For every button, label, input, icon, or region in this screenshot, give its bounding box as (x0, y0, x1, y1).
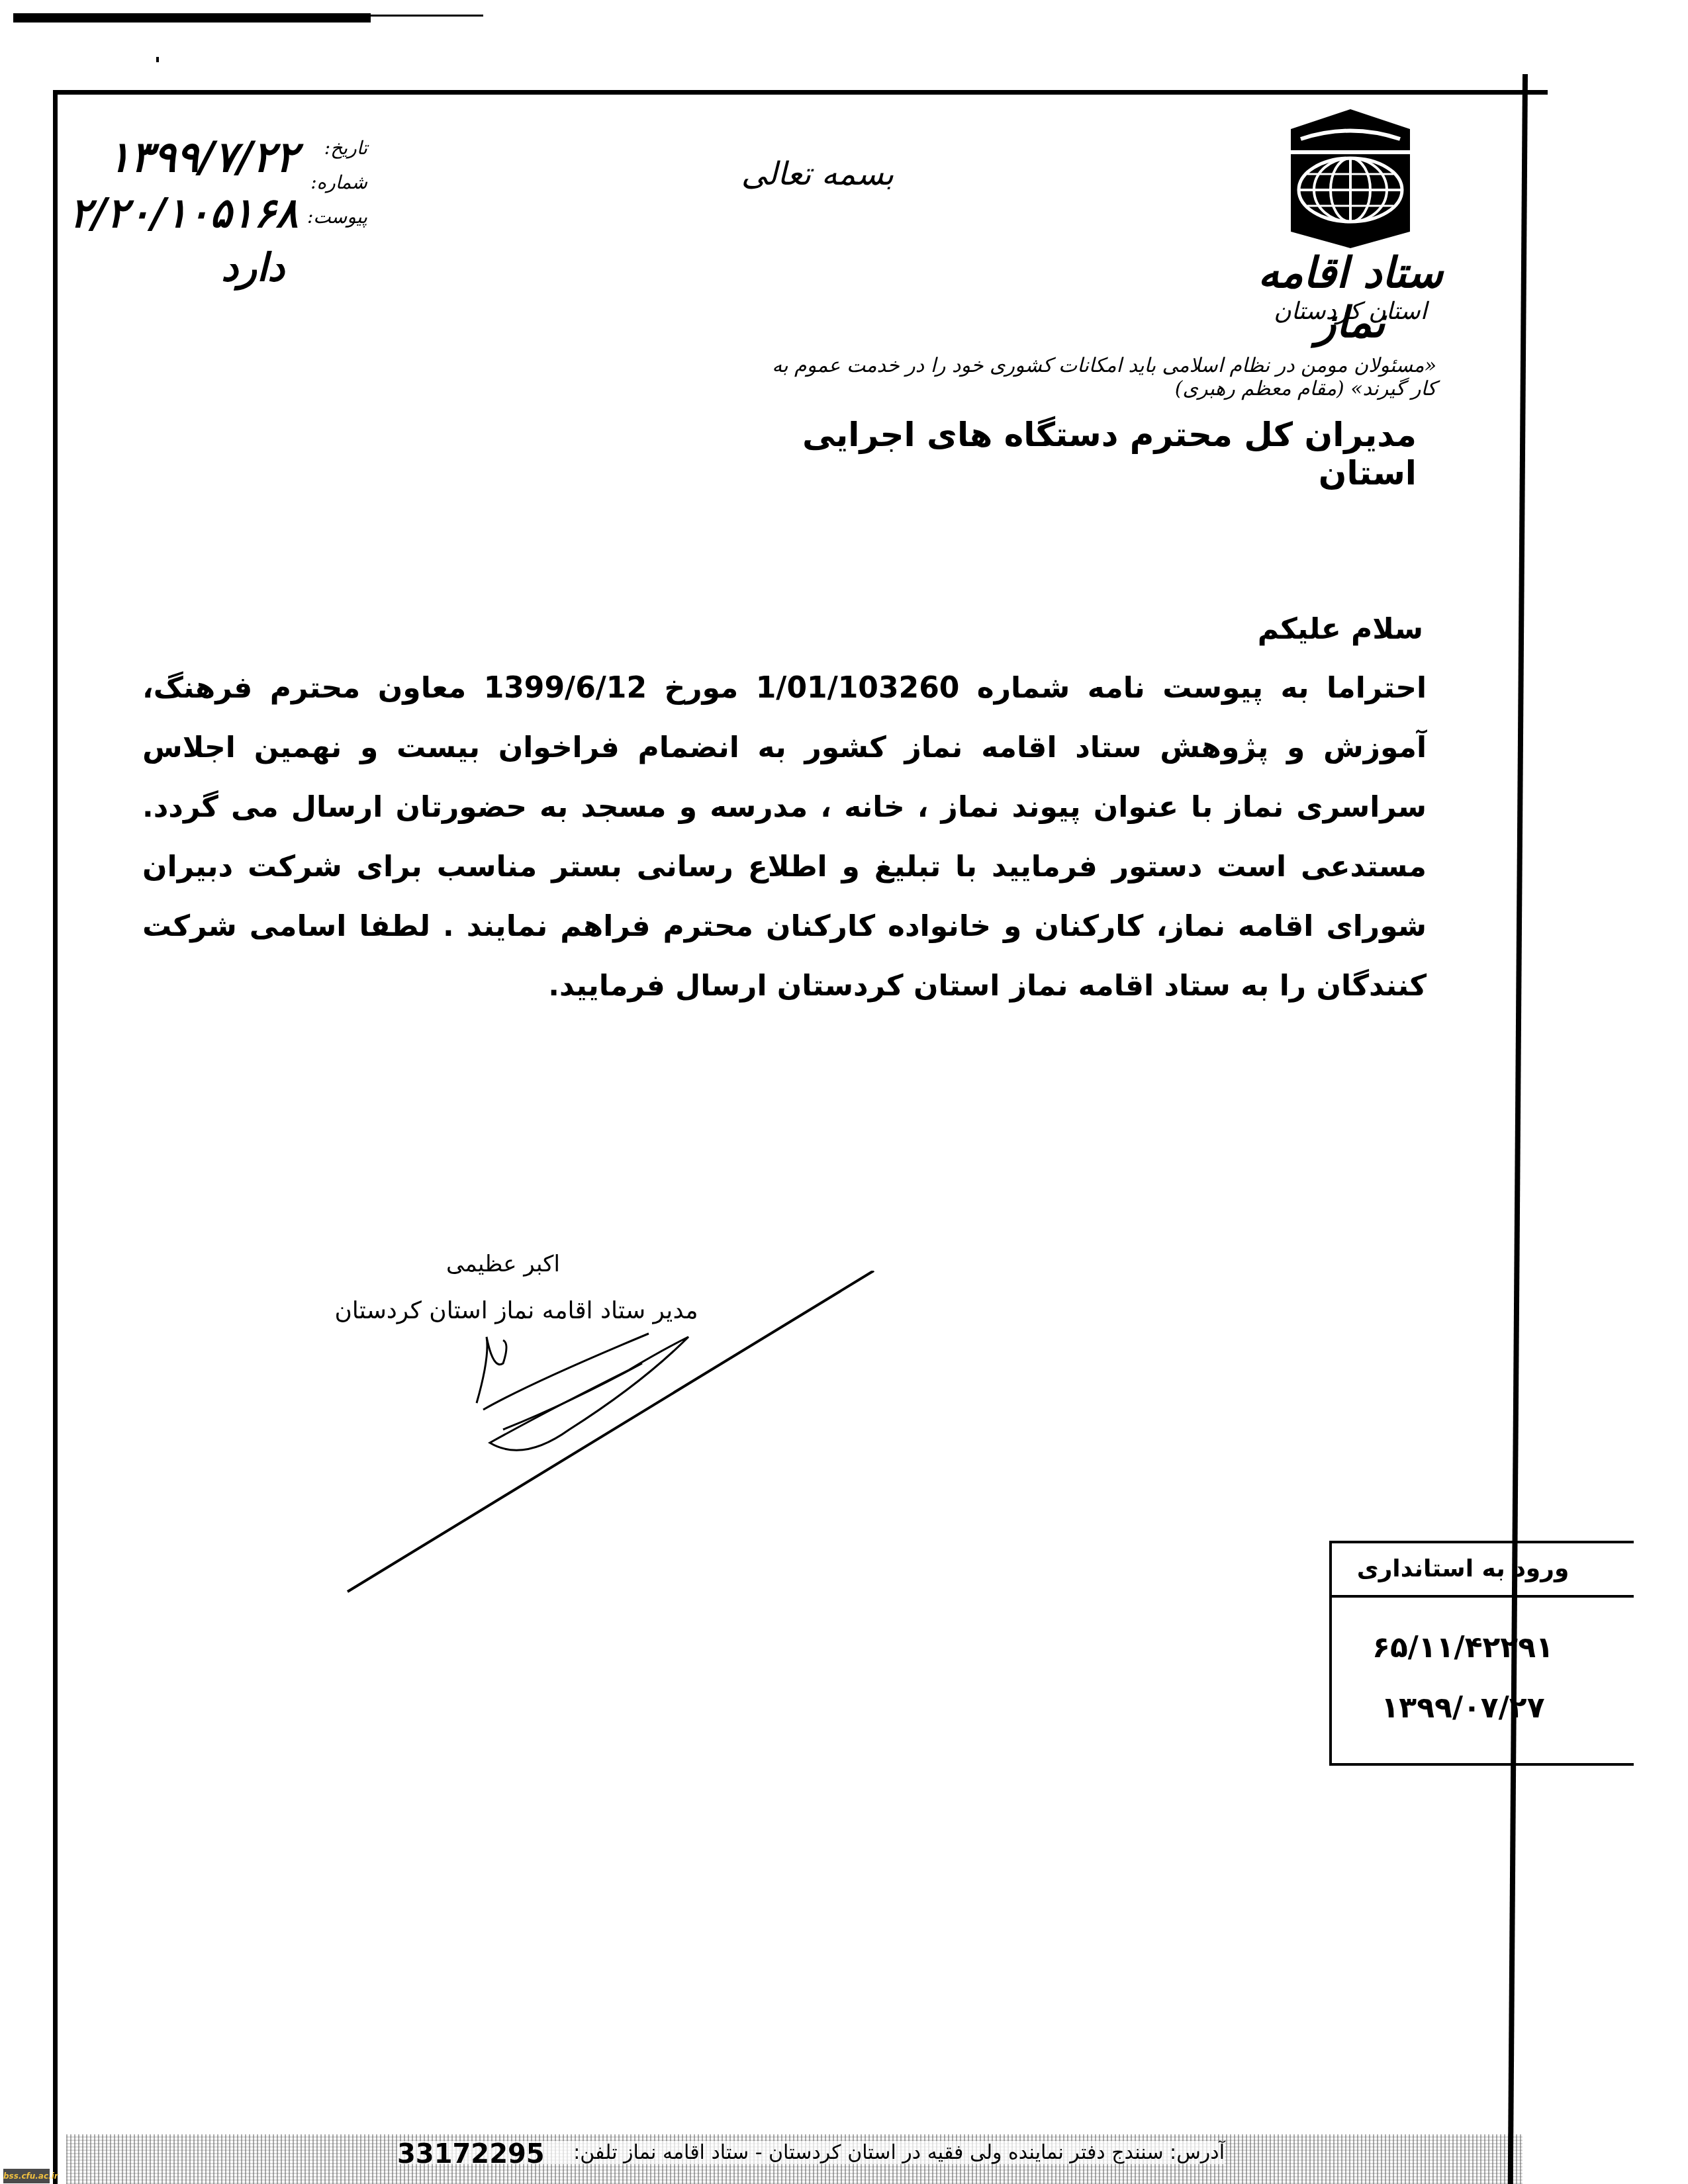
footer-phone: 33172295 (397, 2139, 530, 2169)
meta-labels: تاریخ: شماره: پیوست: (301, 131, 367, 234)
watermark: bss.cfu.ac.ir (3, 2169, 50, 2183)
scan-artifact-line (357, 15, 483, 17)
number-value: ۲/۲۰/۱۰۵۱۶۸ (86, 189, 298, 237)
letter-body: احتراما به پیوست نامه شماره 1/01/103260 … (142, 659, 1427, 1016)
page-frame-top (53, 90, 1548, 95)
date-label: تاریخ: (301, 131, 367, 165)
organization-province: استان کردستان (1258, 298, 1443, 325)
kaaba-globe-logo-icon (1281, 109, 1420, 248)
addressee: مدیران کل محترم دستگاه های اجرایی استان (781, 416, 1417, 492)
greeting: سلام علیکم (993, 612, 1423, 646)
registration-stamp: ورود به استانداری ۶۵/۱۱/۴۲۲۹۱ ۱۳۹۹/۰۷/۲۷ (1329, 1541, 1634, 1766)
attachment-label: پیوست: (301, 200, 367, 234)
stamp-registration-number: ۶۵/۱۱/۴۲۲۹۱ (1332, 1631, 1634, 1664)
date-value: ۱۳۹۹/۷/۲۲ (73, 132, 298, 182)
page-frame-right (1508, 74, 1528, 2184)
number-label: شماره: (301, 165, 367, 200)
leader-quote: «مسئولان مومن در نظام اسلامی باید امکانا… (761, 354, 1436, 400)
stamp-title: ورود به استانداری (1332, 1543, 1634, 1598)
stamp-date: ۱۳۹۹/۰۷/۲۷ (1332, 1691, 1634, 1725)
scan-artifact-dot (156, 57, 159, 62)
bismillah-heading: بسمه تعالی (735, 156, 900, 193)
attachment-value: دارد (179, 245, 285, 290)
page-frame-left (53, 90, 58, 2184)
handwritten-signature-icon (331, 1271, 894, 1602)
scan-artifact-bar (13, 13, 371, 23)
